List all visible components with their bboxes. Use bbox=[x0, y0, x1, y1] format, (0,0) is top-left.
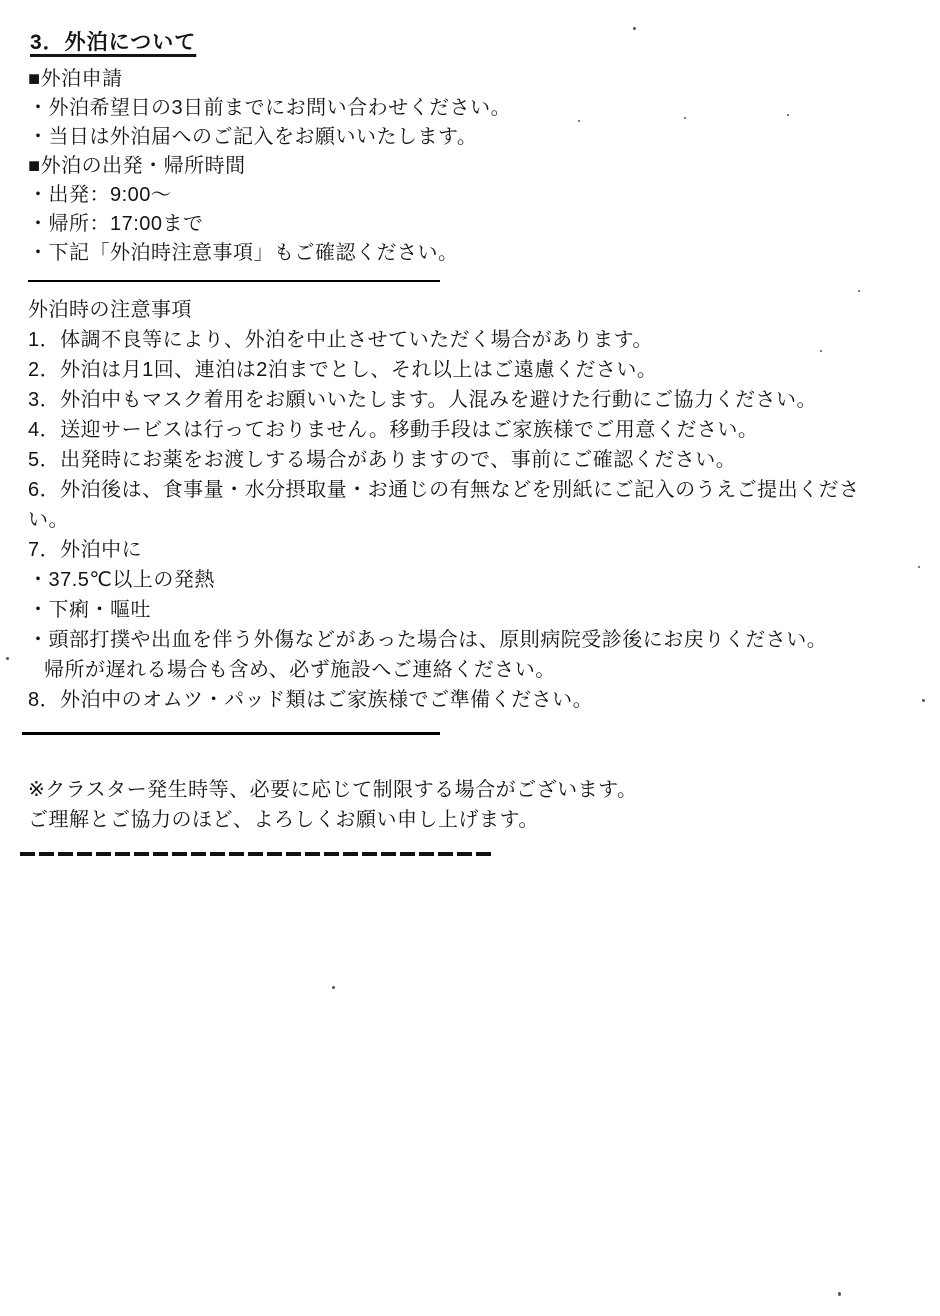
note-line-7-injury: ・頭部打撲や出血を伴う外傷などがあった場合は、原則病院受診後にお戻りください。 bbox=[28, 625, 934, 655]
footer-line-restriction: ※クラスター発生時等、必要に応じて制限する場合がございます。 bbox=[28, 775, 934, 805]
footer-section: ※クラスター発生時等、必要に応じて制限する場合がございます。 ご理解とご協力のほ… bbox=[28, 775, 934, 835]
note-line-3: 3．外泊中もマスク着用をお願いいたします。人混みを避けた行動にご協力ください。 bbox=[28, 385, 934, 415]
scan-speck bbox=[838, 1292, 841, 1296]
page-title: 3．外泊について bbox=[30, 26, 196, 56]
intro-line-application-header: ■外泊申請 bbox=[28, 65, 934, 94]
scan-speck bbox=[633, 27, 636, 30]
notes-heading: 外泊時の注意事項 bbox=[28, 295, 934, 325]
note-line-6-continuation: い。 bbox=[28, 505, 934, 535]
scan-speck bbox=[922, 699, 925, 702]
footer-line-thanks: ご理解とご協力のほど、よろしくお願い申し上げます。 bbox=[28, 805, 934, 835]
scan-speck bbox=[858, 290, 860, 292]
scan-speck bbox=[787, 114, 789, 116]
intro-line-request-deadline: ・外泊希望日の3日前までにお問い合わせください。 bbox=[28, 94, 934, 123]
intro-line-return-time: ・帰所：17:00まで bbox=[28, 210, 934, 239]
document-page: 3．外泊について ■外泊申請 ・外泊希望日の3日前までにお問い合わせください。 … bbox=[0, 0, 940, 1316]
intro-line-departure-time: ・出発：9:00～ bbox=[28, 181, 934, 210]
intro-line-form-entry: ・当日は外泊届へのご記入をお願いいたします。 bbox=[28, 123, 934, 152]
scan-speck bbox=[918, 566, 920, 568]
overnight-intro-section: ■外泊申請 ・外泊希望日の3日前までにお問い合わせください。 ・当日は外泊届への… bbox=[28, 65, 934, 268]
note-line-8: 8．外泊中のオムツ・パッド類はご家族様でご準備ください。 bbox=[28, 685, 934, 715]
note-line-6: 6．外泊後は、食事量・水分摂取量・お通じの有無などを別紙にご記入のうえご提出くだ… bbox=[28, 475, 934, 505]
scan-speck bbox=[820, 350, 822, 352]
scan-speck bbox=[578, 120, 580, 122]
section-divider-1 bbox=[28, 280, 440, 282]
scan-speck bbox=[6, 657, 9, 660]
dashed-end-divider bbox=[20, 852, 492, 856]
scan-speck bbox=[684, 117, 686, 119]
scan-speck bbox=[332, 986, 335, 989]
notes-section: 1．体調不良等により、外泊を中止させていただく場合があります。 2．外泊は月1回… bbox=[28, 325, 934, 715]
section-divider-2 bbox=[22, 732, 440, 735]
note-line-5: 5．出発時にお薬をお渡しする場合がありますので、事前にご確認ください。 bbox=[28, 445, 934, 475]
note-line-7-fever: ・37.5℃以上の発熱 bbox=[28, 565, 934, 595]
note-line-2: 2．外泊は月1回、連泊は2泊までとし、それ以上はご遠慮ください。 bbox=[28, 355, 934, 385]
note-line-7-diarrhea: ・下痢・嘔吐 bbox=[28, 595, 934, 625]
intro-line-see-notes: ・下記「外泊時注意事項」もご確認ください。 bbox=[28, 239, 934, 268]
note-line-1: 1．体調不良等により、外泊を中止させていただく場合があります。 bbox=[28, 325, 934, 355]
note-line-7: 7．外泊中に bbox=[28, 535, 934, 565]
note-line-4: 4．送迎サービスは行っておりません。移動手段はご家族様でご用意ください。 bbox=[28, 415, 934, 445]
intro-line-times-header: ■外泊の出発・帰所時間 bbox=[28, 152, 934, 181]
note-line-7-injury-continuation: 帰所が遅れる場合も含め、必ず施設へご連絡ください。 bbox=[28, 655, 934, 685]
